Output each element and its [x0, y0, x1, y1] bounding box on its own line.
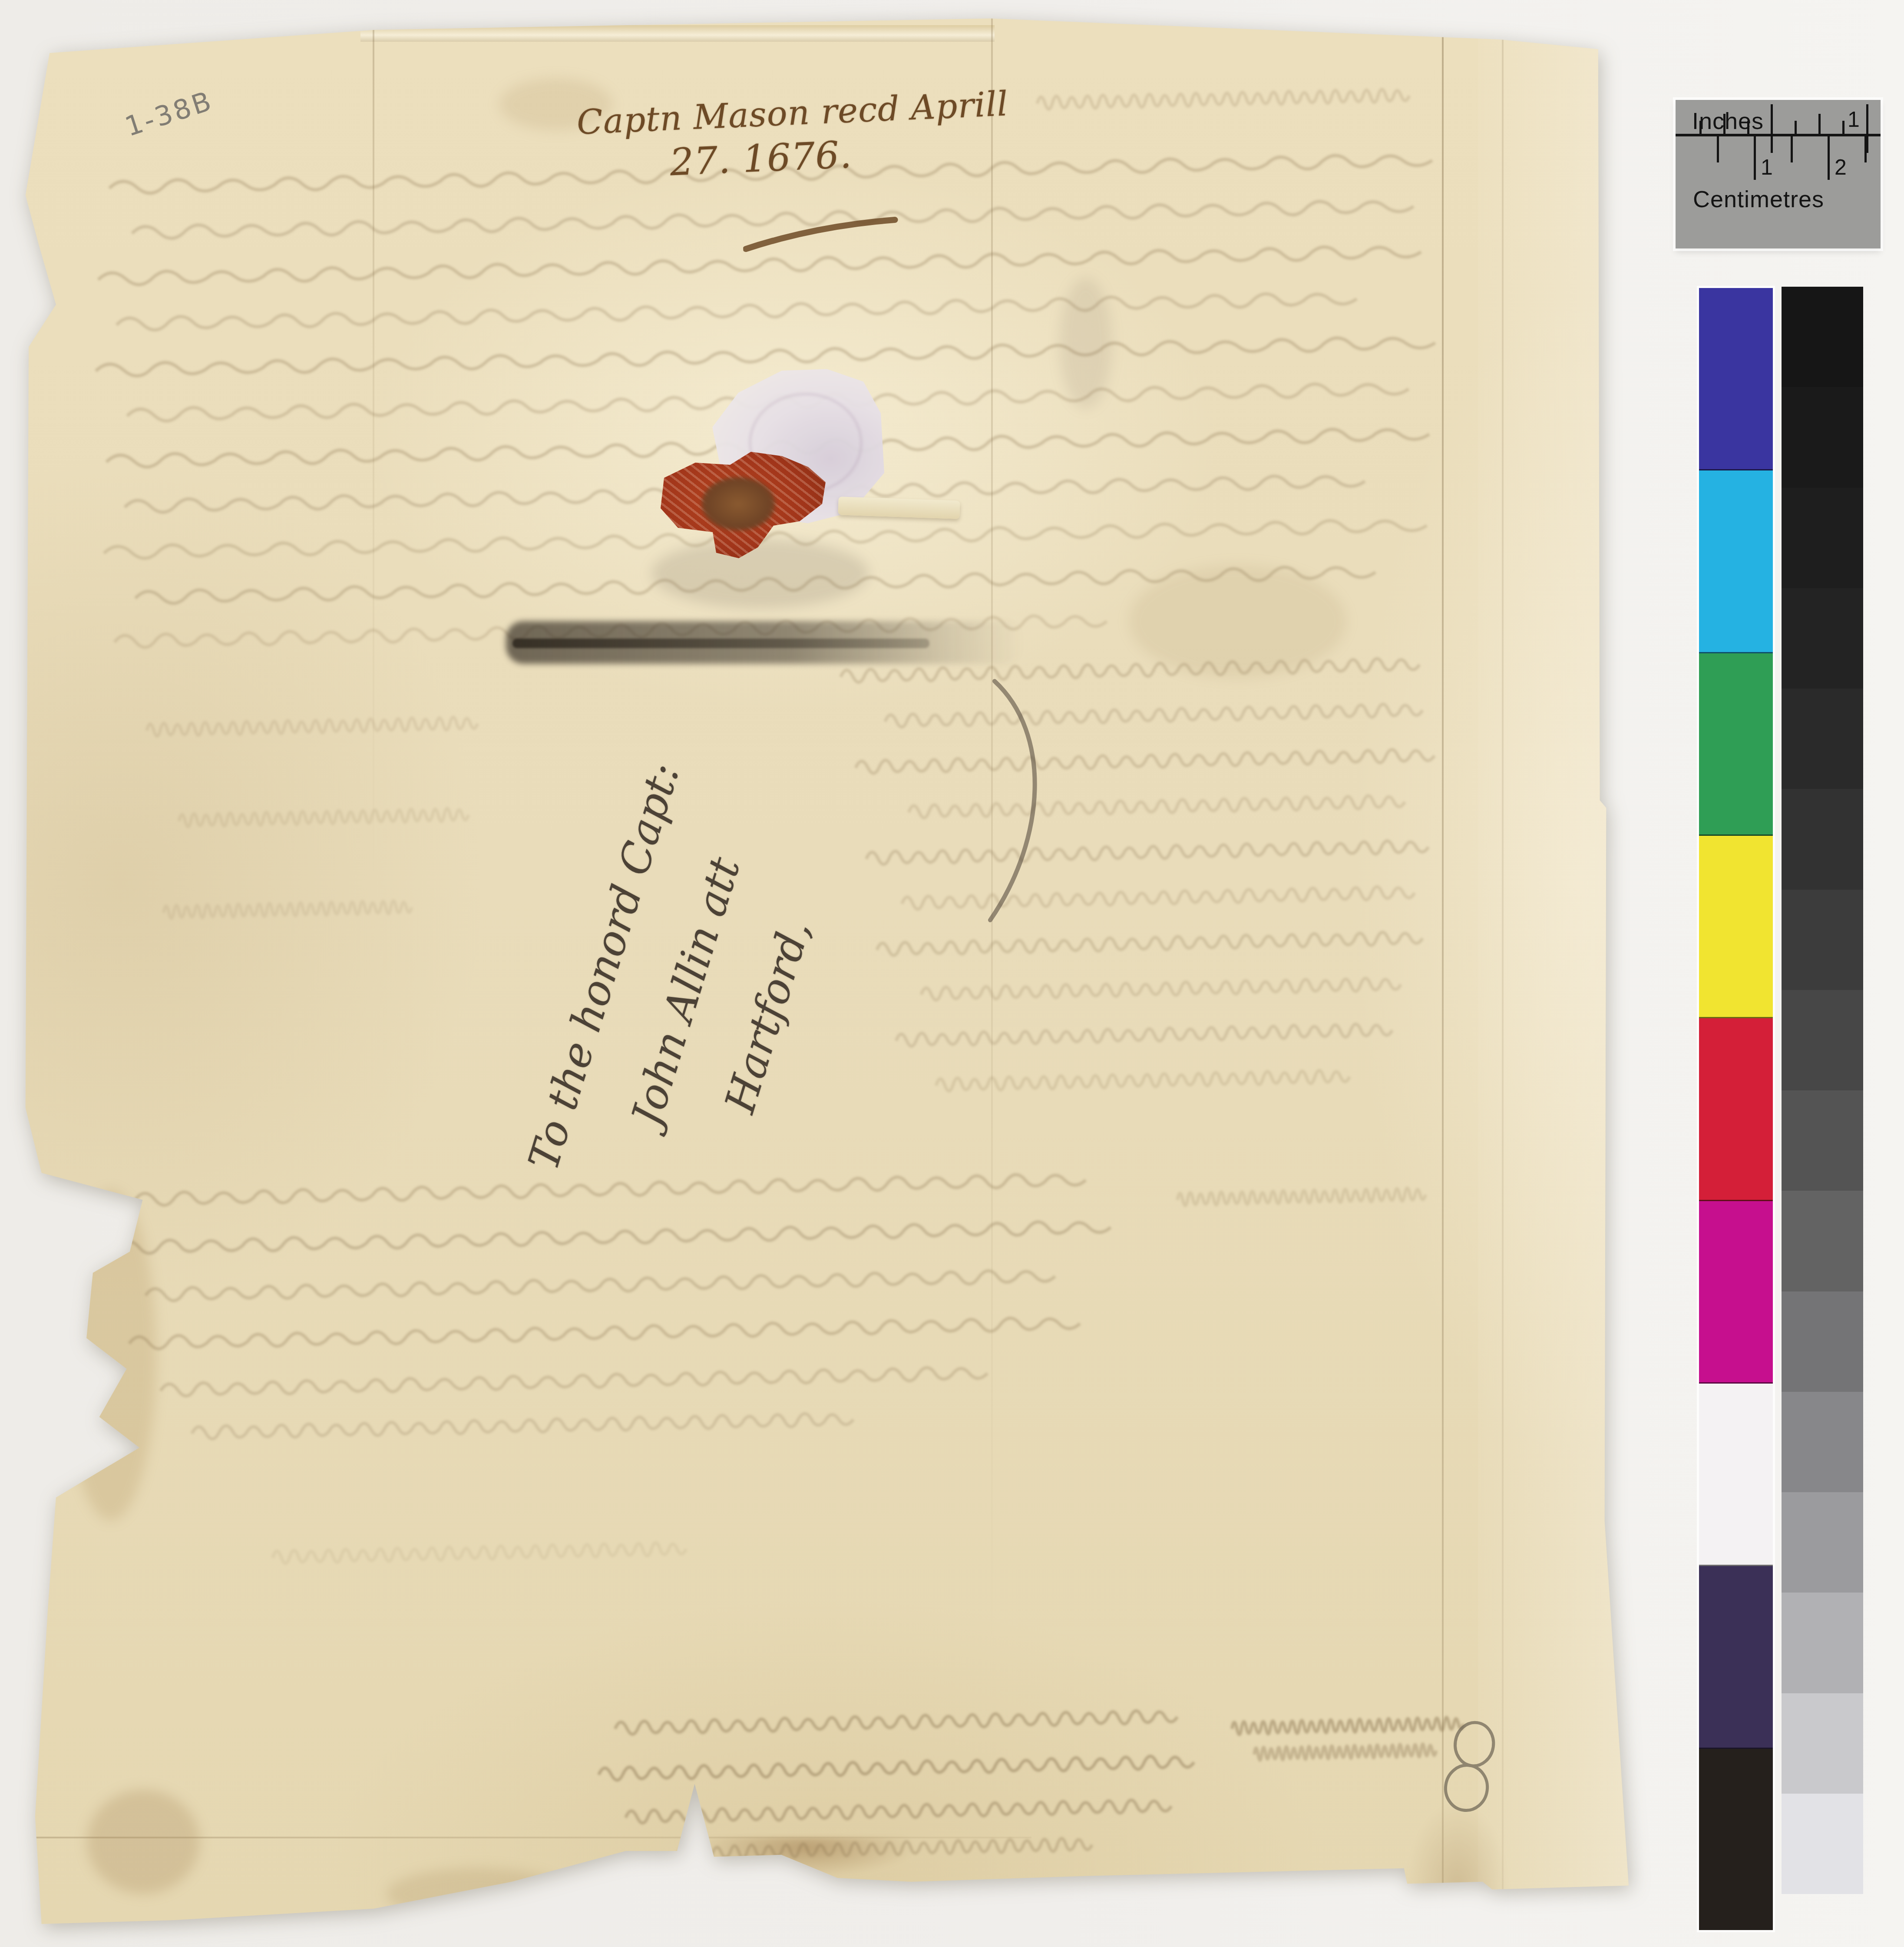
inch-number-1: 1	[1848, 107, 1860, 132]
greyscale-step	[1782, 1593, 1863, 1693]
cm-tick-2	[1828, 136, 1830, 180]
greyscale-step	[1782, 689, 1863, 789]
inch-tick	[1723, 114, 1725, 134]
cm-half-tick	[1717, 136, 1719, 162]
greyscale-step	[1782, 1291, 1863, 1392]
wax-seal-core	[701, 477, 775, 531]
cm-number-2: 2	[1835, 155, 1847, 180]
cm-number-1: 1	[1761, 155, 1773, 180]
greyscale-step	[1782, 1090, 1863, 1191]
ruler-scale-line	[1676, 134, 1881, 136]
greyscale-calibration-strip	[1782, 287, 1863, 1894]
inch-tick	[1747, 121, 1749, 134]
color-patch	[1699, 1018, 1773, 1201]
inches-label: Inches	[1692, 108, 1764, 135]
ruler-card: Inches 1 1 2 Centimetres	[1676, 100, 1881, 248]
greyscale-step	[1782, 1794, 1863, 1894]
color-patch	[1699, 1749, 1773, 1930]
color-calibration-strip	[1699, 288, 1773, 1930]
cm-tick-1	[1754, 136, 1756, 180]
centimetres-label: Centimetres	[1693, 186, 1824, 213]
greyscale-step	[1782, 387, 1863, 487]
letter-sheet-wrap: 1-38B Captn Mason recd Aprill 27. 1676. …	[0, 0, 1904, 1947]
inch-half-tick	[1771, 104, 1773, 153]
color-patch	[1699, 653, 1773, 836]
greyscale-step	[1782, 1693, 1863, 1794]
letter-sheet: 1-38B Captn Mason recd Aprill 27. 1676. …	[24, 17, 1629, 1937]
color-patch	[1699, 470, 1773, 653]
inch-tick	[1818, 114, 1821, 134]
fold-dirt-smudge-core	[512, 639, 929, 648]
greyscale-step	[1782, 890, 1863, 990]
greyscale-step	[1782, 287, 1863, 387]
loop-ink-mark	[1440, 1718, 1505, 1818]
greyscale-step	[1782, 1392, 1863, 1492]
color-patch	[1699, 288, 1773, 470]
color-patch	[1699, 1566, 1773, 1748]
inch-tick	[1699, 121, 1702, 134]
cm-half-tick	[1791, 136, 1793, 162]
cm-half-tick	[1864, 136, 1867, 162]
color-patch	[1699, 1201, 1773, 1384]
color-patch	[1699, 1384, 1773, 1566]
scan-stage: 1-38B Captn Mason recd Aprill 27. 1676. …	[0, 0, 1904, 1947]
inch-tick	[1795, 121, 1797, 134]
greyscale-step	[1782, 1492, 1863, 1593]
address-flourish	[977, 668, 1060, 937]
greyscale-step	[1782, 990, 1863, 1090]
inch-tick	[1842, 121, 1844, 134]
greyscale-step	[1782, 1191, 1863, 1291]
greyscale-step	[1782, 789, 1863, 889]
greyscale-step	[1782, 488, 1863, 588]
color-patch	[1699, 836, 1773, 1018]
greyscale-step	[1782, 588, 1863, 689]
